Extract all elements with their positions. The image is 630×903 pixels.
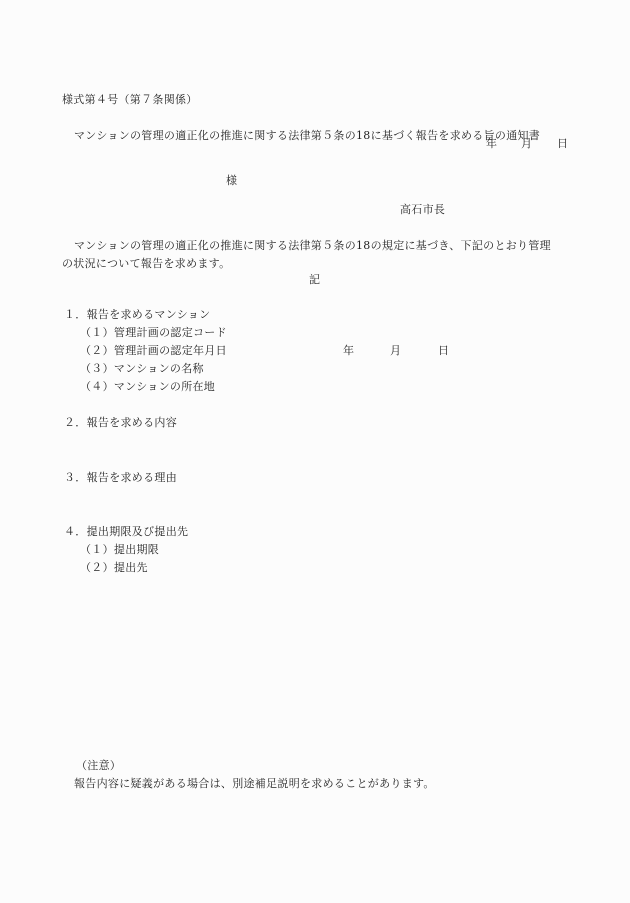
date-month-label: 月 (521, 138, 532, 149)
section-2-heading: ２．報告を求める内容 (64, 417, 177, 428)
section-4-item-1: （１）提出期限 (80, 544, 159, 555)
note-text: 報告内容に疑義がある場合は、別途補足説明を求めることがあります。 (74, 778, 435, 789)
body-line-1: マンションの管理の適正化の推進に関する法律第５条の18の規定に基づき、下記のとお… (74, 240, 551, 251)
body-line-2: の状況について報告を求めます。 (62, 258, 230, 269)
cert-date-month-label: 月 (390, 345, 401, 356)
addressee-suffix: 様 (226, 175, 237, 186)
form-number: 様式第４号（第７条関係） (62, 94, 198, 105)
section-1-heading: １．報告を求めるマンション (64, 309, 210, 320)
section-1-item-3: （３）マンションの名称 (80, 363, 204, 374)
cert-date-year-label: 年 (343, 345, 354, 356)
section-3-heading: ３．報告を求める理由 (64, 472, 177, 483)
sender-name: 高石市長 (400, 204, 445, 215)
ki-heading: 記 (309, 274, 320, 285)
date-day-label: 日 (557, 138, 568, 149)
date-year-label: 年 (486, 138, 497, 149)
document-title: マンションの管理の適正化の推進に関する法律第５条の18に基づく報告を求める旨の通… (74, 130, 540, 141)
note-heading: （注意） (76, 760, 121, 771)
section-1-item-1: （１）管理計画の認定コード (80, 327, 227, 338)
cert-date-day-label: 日 (438, 345, 449, 356)
section-4-item-2: （２）提出先 (80, 562, 148, 573)
section-4-heading: ４．提出期限及び提出先 (64, 526, 188, 537)
section-1-item-4: （４）マンションの所在地 (80, 381, 215, 392)
section-1-item-2: （２）管理計画の認定年月日 (80, 345, 227, 356)
